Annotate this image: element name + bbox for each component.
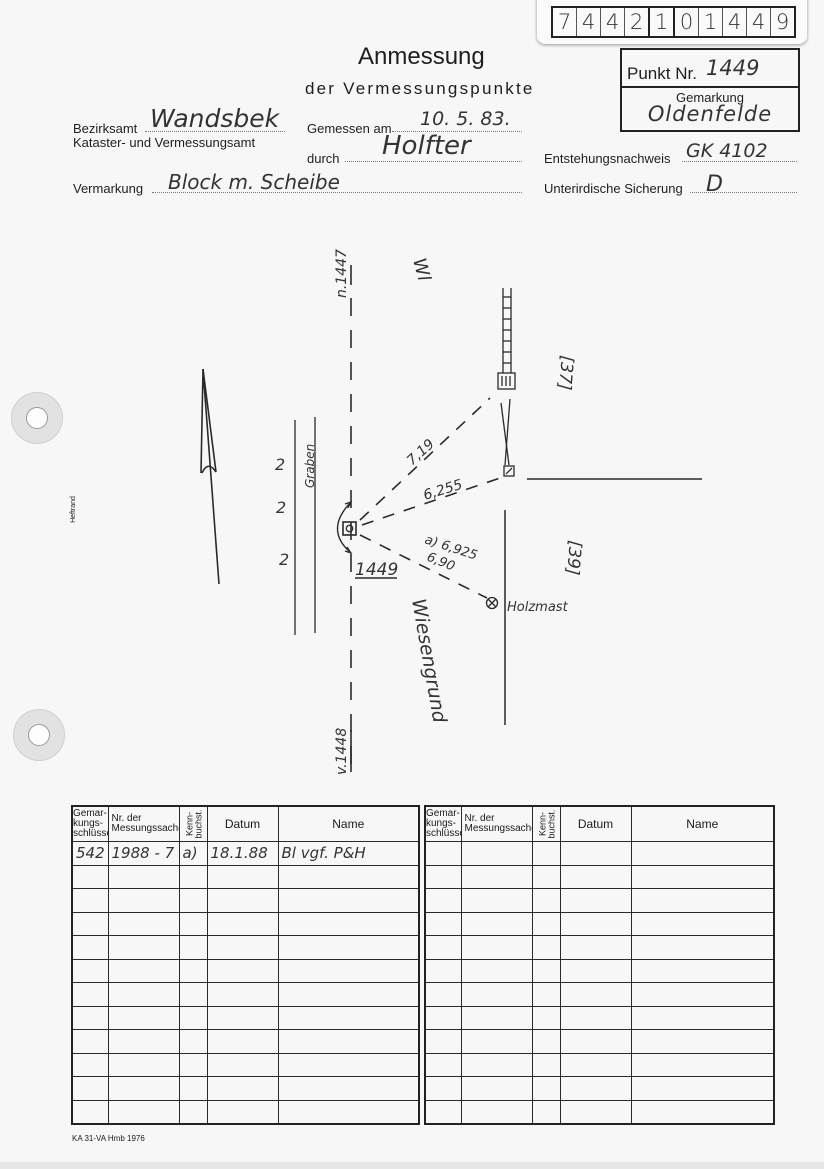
cell-name[interactable] — [278, 1100, 419, 1124]
cell-kenn[interactable] — [179, 1077, 207, 1101]
cell-kenn[interactable] — [179, 1030, 207, 1054]
measurement-table-left: Gemar-kungs-schlüssel Nr. derMessungssac… — [71, 805, 420, 1125]
cell-kenn[interactable] — [532, 936, 560, 960]
ditch-mark-2: 2 — [276, 498, 286, 517]
cell-gemarkung[interactable] — [72, 983, 108, 1007]
cell-gemarkung[interactable] — [425, 1006, 461, 1030]
cell-gemarkung[interactable] — [425, 936, 461, 960]
cell-nr[interactable] — [461, 983, 532, 1007]
cell-datum[interactable] — [207, 959, 278, 983]
table-row — [425, 1006, 774, 1030]
cell-gemarkung[interactable] — [425, 1077, 461, 1101]
cell-kenn[interactable]: a) — [179, 842, 207, 866]
cell-kenn[interactable] — [179, 1100, 207, 1124]
cell-datum[interactable] — [560, 889, 631, 913]
cell-datum[interactable] — [207, 983, 278, 1007]
cell-gemarkung[interactable] — [72, 1077, 108, 1101]
cell-name[interactable] — [631, 936, 774, 960]
cell-kenn[interactable] — [532, 1053, 560, 1077]
cell-kenn[interactable] — [179, 1053, 207, 1077]
cell-name[interactable] — [631, 889, 774, 913]
table-row — [72, 959, 419, 983]
table-row — [425, 865, 774, 889]
wl-label: Wl — [408, 256, 434, 283]
cell-gemarkung[interactable] — [72, 912, 108, 936]
cell-gemarkung[interactable] — [72, 1053, 108, 1077]
table-row — [72, 1006, 419, 1030]
cell-nr[interactable] — [108, 1030, 179, 1054]
cell-datum[interactable] — [560, 983, 631, 1007]
cell-name[interactable] — [278, 936, 419, 960]
cell-nr[interactable] — [461, 1100, 532, 1124]
header-kennbuchst: Kenn-buchst. — [179, 806, 207, 842]
cell-gemarkung[interactable] — [72, 889, 108, 913]
cell-nr[interactable] — [461, 1030, 532, 1054]
cell-kenn[interactable] — [532, 959, 560, 983]
cell-datum[interactable] — [560, 912, 631, 936]
cell-gemarkung[interactable] — [72, 959, 108, 983]
cell-datum[interactable] — [207, 1030, 278, 1054]
wiesengrund-label: Wiesengrund — [407, 597, 451, 725]
cell-nr[interactable] — [461, 865, 532, 889]
table-row — [425, 983, 774, 1007]
table-row — [72, 936, 419, 960]
south-point-label: v.1448 — [334, 728, 350, 775]
cell-datum[interactable] — [207, 1053, 278, 1077]
cell-nr[interactable] — [108, 959, 179, 983]
cell-name[interactable] — [631, 983, 774, 1007]
cell-name[interactable] — [278, 959, 419, 983]
wooden-pole-icon — [487, 598, 498, 609]
point-number-sketch-label: 1449 — [355, 560, 398, 580]
cell-kenn[interactable] — [532, 1006, 560, 1030]
cell-name[interactable] — [278, 1077, 419, 1101]
cell-kenn[interactable] — [532, 983, 560, 1007]
survey-point-marker-icon — [343, 522, 356, 535]
cell-nr[interactable]: 1988 - 7 — [108, 842, 179, 866]
cell-datum[interactable] — [560, 842, 631, 866]
ditch-mark-1: 2 — [275, 455, 285, 474]
distance-label-1: 7,19 — [404, 436, 438, 469]
header-name: Name — [278, 806, 419, 842]
header-gemarkungsschluessel: Gemar-kungs-schlüssel — [72, 806, 108, 842]
cell-gemarkung[interactable] — [425, 912, 461, 936]
cell-kenn[interactable] — [532, 865, 560, 889]
cell-nr[interactable] — [108, 1053, 179, 1077]
measurement-table-right: Gemar-kungs-schlüssel Nr. derMessungssac… — [424, 805, 775, 1125]
table-row — [425, 912, 774, 936]
graben-label: Graben — [303, 444, 317, 488]
holzmast-label: Holzmast — [507, 600, 569, 615]
cell-name[interactable] — [631, 1053, 774, 1077]
cell-kenn[interactable] — [179, 959, 207, 983]
cell-name[interactable] — [631, 959, 774, 983]
cell-kenn[interactable] — [532, 1100, 560, 1124]
cell-name[interactable] — [631, 1030, 774, 1054]
form-footer-code: KA 31-VA Hmb 1976 — [72, 1134, 145, 1143]
cell-datum[interactable] — [560, 1077, 631, 1101]
cell-name[interactable] — [631, 865, 774, 889]
table-row — [72, 983, 419, 1007]
table-row — [72, 889, 419, 913]
cell-nr[interactable] — [108, 983, 179, 1007]
cell-kenn[interactable] — [532, 842, 560, 866]
cell-name[interactable] — [278, 983, 419, 1007]
cell-nr[interactable] — [461, 1006, 532, 1030]
cell-datum[interactable] — [207, 889, 278, 913]
cell-kenn[interactable] — [179, 889, 207, 913]
cell-gemarkung[interactable] — [425, 983, 461, 1007]
cell-datum[interactable]: 18.1.88 — [207, 842, 278, 866]
table-row — [425, 842, 774, 866]
table-row — [72, 865, 419, 889]
cell-nr[interactable] — [461, 889, 532, 913]
cell-gemarkung[interactable] — [72, 1006, 108, 1030]
cell-gemarkung[interactable] — [72, 865, 108, 889]
header-messungssache: Nr. derMessungssache — [108, 806, 179, 842]
cell-gemarkung[interactable] — [425, 1030, 461, 1054]
cell-nr[interactable] — [108, 1077, 179, 1101]
cell-name[interactable] — [631, 842, 774, 866]
distance-label-2: 6,255 — [421, 477, 464, 504]
table-row — [425, 959, 774, 983]
cell-name[interactable] — [631, 1006, 774, 1030]
table-row — [425, 1100, 774, 1124]
cell-kenn[interactable] — [532, 889, 560, 913]
parcel-39-label: [39] — [562, 540, 585, 577]
cell-nr[interactable] — [108, 1100, 179, 1124]
cell-nr[interactable] — [461, 1053, 532, 1077]
building-edge — [498, 288, 515, 476]
cell-datum[interactable] — [560, 1100, 631, 1124]
cell-name[interactable] — [278, 1053, 419, 1077]
cell-kenn[interactable] — [532, 912, 560, 936]
cell-name[interactable] — [631, 1077, 774, 1101]
cell-datum[interactable] — [560, 1053, 631, 1077]
cell-name[interactable] — [278, 912, 419, 936]
cell-gemarkung[interactable] — [425, 889, 461, 913]
cell-gemarkung[interactable] — [72, 936, 108, 960]
cell-datum[interactable] — [207, 865, 278, 889]
cell-datum[interactable] — [560, 959, 631, 983]
cell-gemarkung[interactable] — [425, 959, 461, 983]
cell-nr[interactable] — [108, 889, 179, 913]
header-messungssache: Nr. derMessungssache — [461, 806, 532, 842]
cell-nr[interactable] — [461, 1077, 532, 1101]
cell-nr[interactable] — [461, 912, 532, 936]
cell-datum[interactable] — [560, 865, 631, 889]
table-row — [72, 1100, 419, 1124]
cell-kenn[interactable] — [179, 936, 207, 960]
cell-nr[interactable] — [108, 865, 179, 889]
cell-kenn[interactable] — [179, 865, 207, 889]
cell-gemarkung[interactable] — [425, 842, 461, 866]
cell-gemarkung[interactable]: 542 — [72, 842, 108, 866]
header-datum: Datum — [207, 806, 278, 842]
cell-gemarkung[interactable] — [425, 865, 461, 889]
cell-gemarkung[interactable] — [425, 1100, 461, 1124]
cell-datum[interactable] — [560, 936, 631, 960]
cell-kenn[interactable] — [532, 1030, 560, 1054]
cell-datum[interactable] — [207, 1006, 278, 1030]
table-row — [425, 889, 774, 913]
cell-name[interactable] — [631, 1100, 774, 1124]
table-row — [72, 1053, 419, 1077]
table-row — [72, 1030, 419, 1054]
cell-name[interactable] — [278, 889, 419, 913]
header-gemarkungsschluessel: Gemar-kungs-schlüssel — [425, 806, 461, 842]
cell-nr[interactable] — [108, 936, 179, 960]
cell-datum[interactable] — [207, 912, 278, 936]
cell-nr[interactable] — [461, 936, 532, 960]
cell-gemarkung[interactable] — [72, 1030, 108, 1054]
table-row — [425, 1030, 774, 1054]
cell-gemarkung[interactable] — [425, 1053, 461, 1077]
cell-kenn[interactable] — [179, 983, 207, 1007]
cell-nr[interactable] — [108, 1006, 179, 1030]
table-row — [425, 1077, 774, 1101]
table-header-row: Gemar-kungs-schlüssel Nr. derMessungssac… — [72, 806, 419, 842]
cell-name[interactable] — [278, 865, 419, 889]
cell-name[interactable]: Bl vgf. P&H — [278, 842, 419, 866]
north-arrow-icon — [201, 369, 219, 584]
cell-kenn[interactable] — [532, 1077, 560, 1101]
table-row — [72, 1077, 419, 1101]
table-header-row: Gemar-kungs-schlüssel Nr. derMessungssac… — [425, 806, 774, 842]
cell-kenn[interactable] — [179, 1006, 207, 1030]
header-datum: Datum — [560, 806, 631, 842]
cell-nr[interactable] — [461, 959, 532, 983]
north-point-label: n.1447 — [334, 249, 350, 298]
cell-gemarkung[interactable] — [72, 1100, 108, 1124]
cell-datum[interactable] — [207, 936, 278, 960]
cell-kenn[interactable] — [179, 912, 207, 936]
cell-name[interactable] — [631, 912, 774, 936]
table-row — [72, 912, 419, 936]
survey-sketch: n.1447 v.1448 Wl Graben 2 2 2 7,19 6,255… — [0, 0, 824, 800]
cell-nr[interactable] — [461, 842, 532, 866]
table-row: 5421988 - 7a)18.1.88Bl vgf. P&H — [72, 842, 419, 866]
ditch-mark-3: 2 — [279, 550, 289, 569]
parcel-37-label: [37] — [554, 355, 577, 392]
cell-datum[interactable] — [560, 1006, 631, 1030]
cell-name[interactable] — [278, 1006, 419, 1030]
table-row — [425, 936, 774, 960]
cell-datum[interactable] — [560, 1030, 631, 1054]
cell-name[interactable] — [278, 1030, 419, 1054]
header-name: Name — [631, 806, 774, 842]
table-row — [425, 1053, 774, 1077]
header-kennbuchst: Kenn-buchst. — [532, 806, 560, 842]
cell-datum[interactable] — [207, 1100, 278, 1124]
scan-edge — [0, 1162, 824, 1169]
cell-datum[interactable] — [207, 1077, 278, 1101]
cell-nr[interactable] — [108, 912, 179, 936]
